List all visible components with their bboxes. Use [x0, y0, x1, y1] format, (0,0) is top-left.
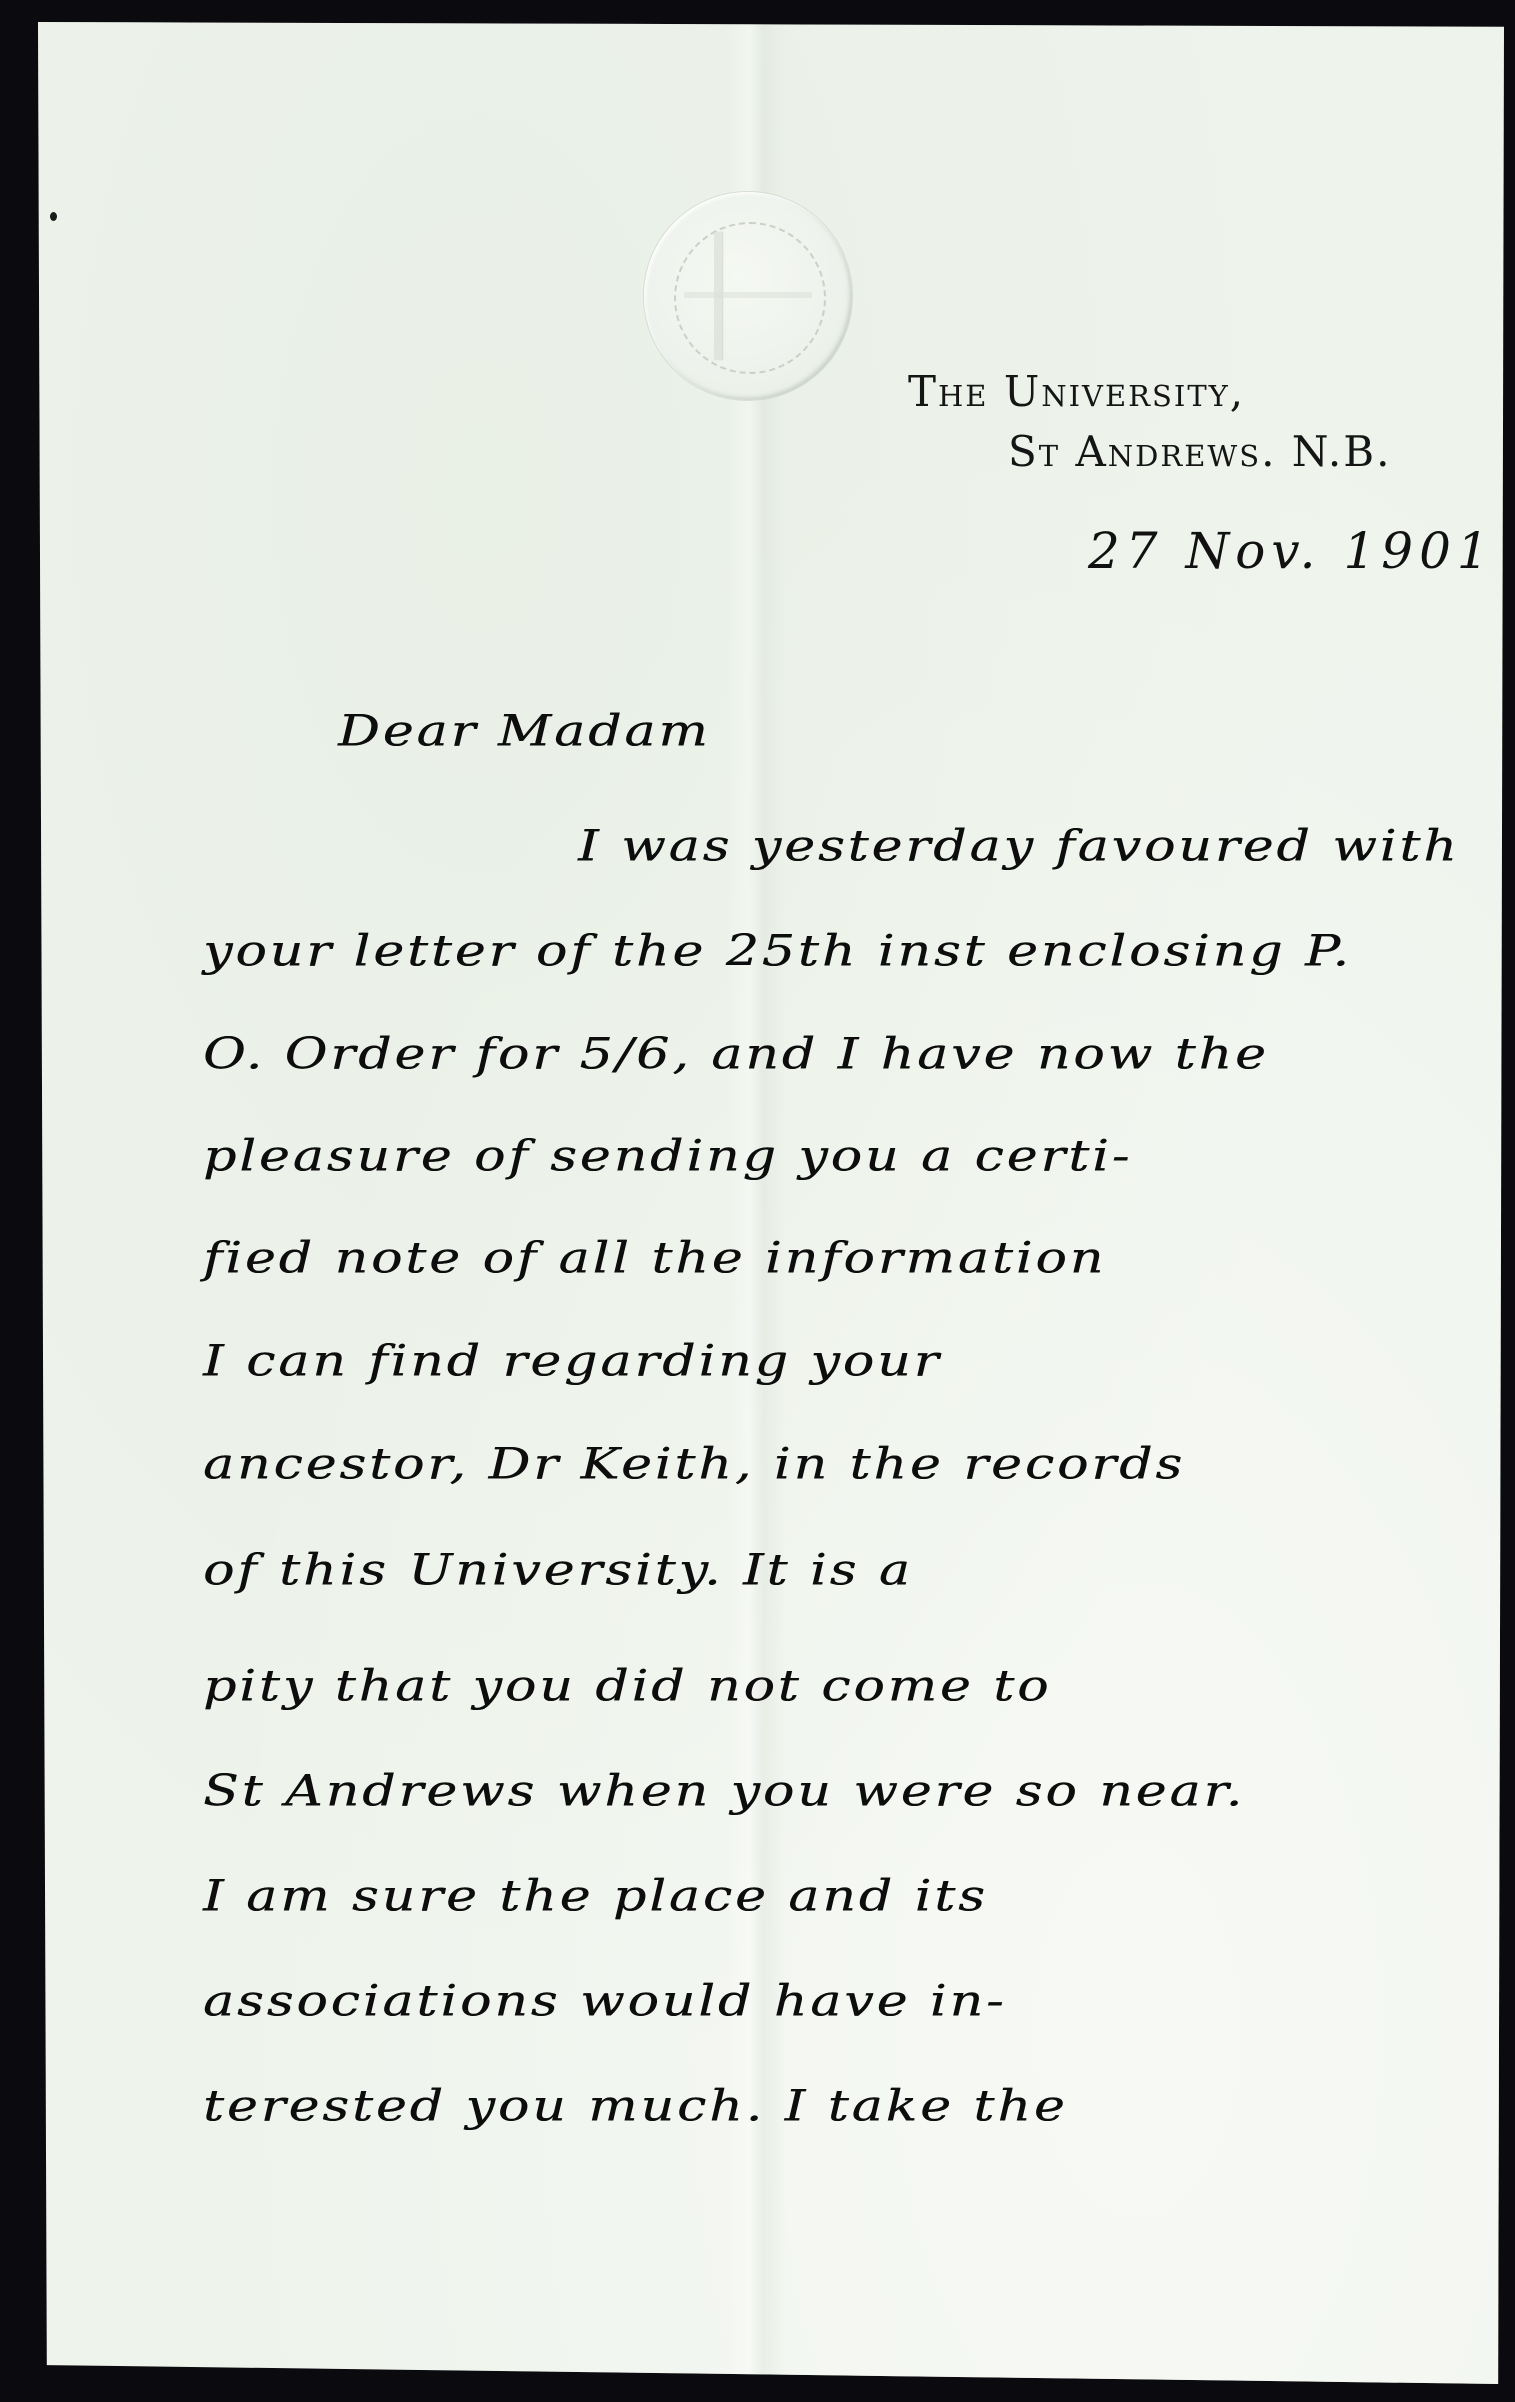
- letterhead-location: St Andrews. N.B.: [1008, 422, 1391, 482]
- body-line: I am sure the place and its: [203, 1872, 988, 1921]
- embossed-seal-icon: [644, 192, 852, 400]
- body-line: I can find regarding your: [203, 1337, 941, 1386]
- salutation: Dear Madam: [338, 707, 711, 756]
- seal-inner-ring: [674, 222, 826, 374]
- body-line: O. Order for 5/6, and I have now the: [203, 1030, 1269, 1079]
- body-line: pity that you did not come to: [203, 1662, 1051, 1711]
- body-line: fied note of all the information: [203, 1234, 1106, 1283]
- body-line: ancestor, Dr Keith, in the records: [203, 1440, 1185, 1489]
- body-line: associations would have in-: [203, 1977, 1007, 2026]
- body-line: terested you much. I take the: [203, 2082, 1068, 2131]
- body-line: pleasure of sending you a certi-: [203, 1132, 1132, 1181]
- letter-paper: The University, St Andrews. N.B. 27 Nov.…: [38, 22, 1504, 2384]
- letterhead-institution: The University,: [908, 362, 1391, 422]
- letterhead: The University, St Andrews. N.B.: [908, 362, 1391, 482]
- body-line: I was yesterday favoured with: [578, 822, 1460, 871]
- ink-speck: [50, 212, 57, 221]
- body-line: of this University. It is a: [203, 1546, 913, 1595]
- body-line: St Andrews when you were so near.: [203, 1767, 1245, 1816]
- seal-saltire-horizontal: [684, 292, 812, 298]
- letter-date: 27 Nov. 1901: [1088, 522, 1495, 580]
- body-line: your letter of the 25th inst enclosing P…: [203, 927, 1352, 976]
